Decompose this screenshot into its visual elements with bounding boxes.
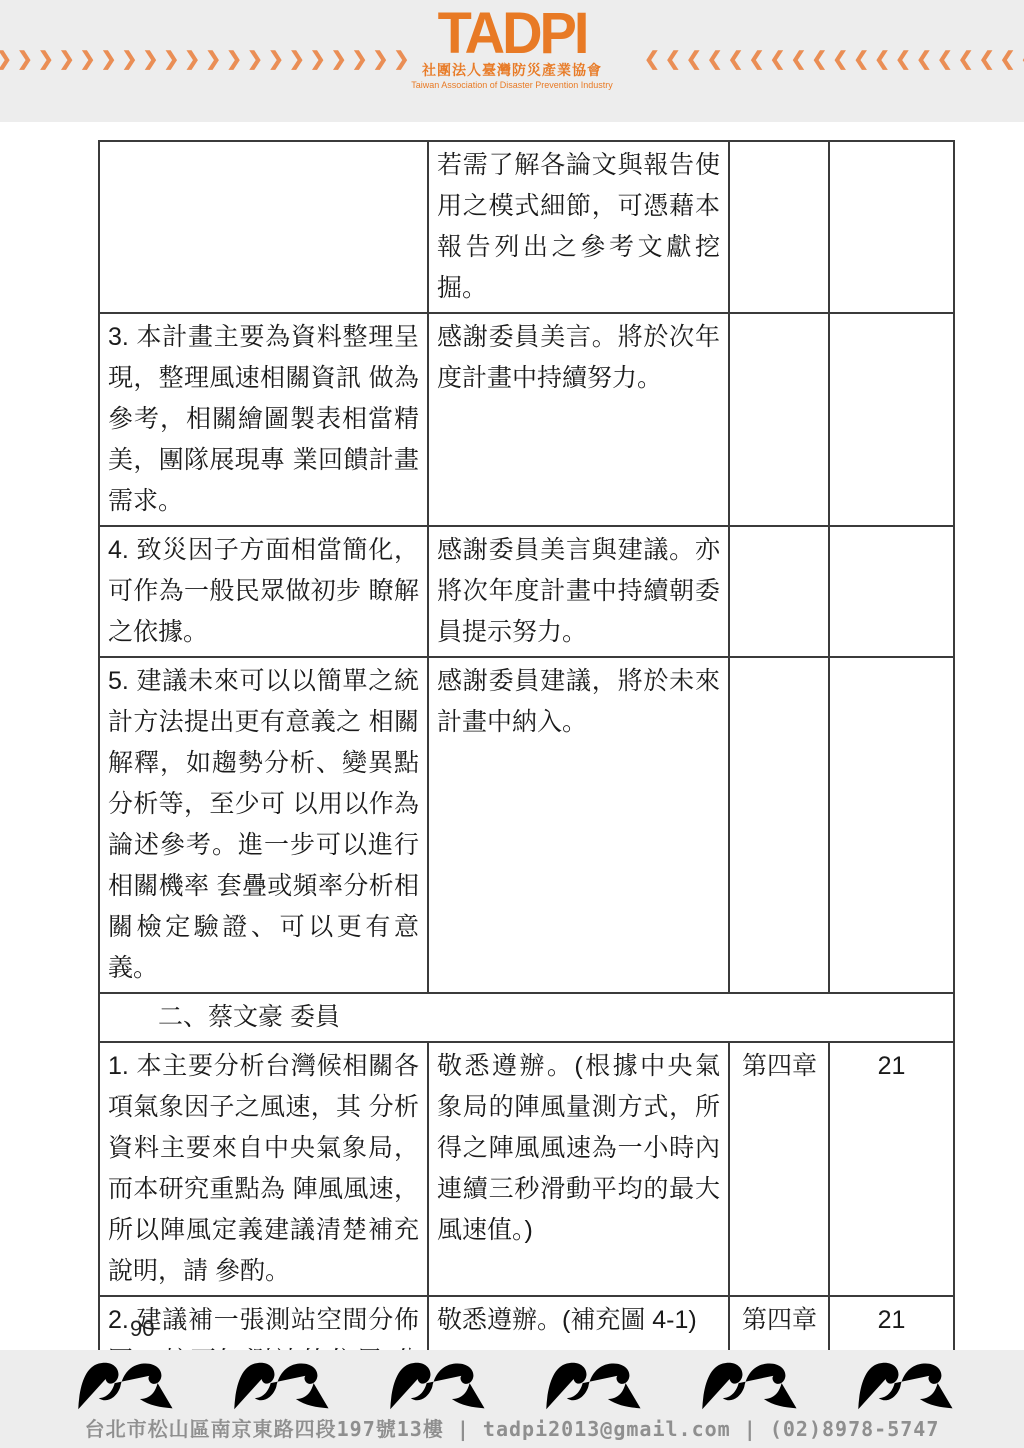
response-cell: 感謝委員美言。將於次年度計畫中持續努力。: [428, 313, 729, 526]
table-row: 4. 致災因子方面相當簡化，可作為一般民眾做初步 瞭解之依據。感謝委員美言與建議…: [99, 526, 954, 657]
comment-cell: 3. 本計畫主要為資料整理呈現，整理風速相關資訊 做為參考，相關繪圖製表相當精美…: [99, 313, 428, 526]
wave-row: [68, 1355, 960, 1413]
wave-icon: [380, 1357, 492, 1413]
logo-name-en: Taiwan Association of Disaster Preventio…: [0, 79, 1024, 91]
table-row: 5. 建議未來可以以簡單之統計方法提出更有意義之 相關解釋，如趨勢分析、變異點分…: [99, 657, 954, 993]
page-cell: 21: [829, 1042, 954, 1296]
section-title: 二、蔡文豪 委員: [99, 993, 954, 1042]
wave-icon: [692, 1357, 804, 1413]
chapter-cell: [729, 313, 829, 526]
chapter-cell: [729, 526, 829, 657]
table-row: 1. 本主要分析台灣候相關各項氣象因子之風速，其 分析資料主要來自中央氣象局，而…: [99, 1042, 954, 1296]
logo-wordmark: TADPI: [438, 3, 587, 64]
page-cell: [829, 657, 954, 993]
wave-icon: [848, 1357, 960, 1413]
wave-icon: [224, 1357, 336, 1413]
response-cell: 敬悉遵辦。(根據中央氣象局的陣風量測方式，所得之陣風風速為一小時內連續三秒滑動平…: [428, 1042, 729, 1296]
footer-band: 台北市松山區南京東路四段197號13樓 | tadpi2013@gmail.co…: [0, 1350, 1024, 1448]
wave-icon: [68, 1357, 180, 1413]
chapter-cell: [729, 657, 829, 993]
response-cell: 感謝委員建議，將於未來計畫中納入。: [428, 657, 729, 993]
comment-cell: 1. 本主要分析台灣候相關各項氣象因子之風速，其 分析資料主要來自中央氣象局，而…: [99, 1042, 428, 1296]
footer-contact: 台北市松山區南京東路四段197號13樓 | tadpi2013@gmail.co…: [0, 1413, 1024, 1442]
response-cell: 若需了解各論文與報告使用之模式細節，可憑藉本報告列出之參考文獻挖掘。: [428, 141, 729, 313]
chapter-cell: [729, 141, 829, 313]
review-comments-table: 若需了解各論文與報告使用之模式細節，可憑藉本報告列出之參考文獻挖掘。3. 本計畫…: [98, 140, 955, 1426]
table-row: 3. 本計畫主要為資料整理呈現，整理風速相關資訊 做為參考，相關繪圖製表相當精美…: [99, 313, 954, 526]
page-cell: [829, 526, 954, 657]
comment-cell: [99, 141, 428, 313]
table-row: 若需了解各論文與報告使用之模式細節，可憑藉本報告列出之參考文獻挖掘。: [99, 141, 954, 313]
section-row: 二、蔡文豪 委員: [99, 993, 954, 1042]
chapter-cell: 第四章: [729, 1042, 829, 1296]
page-number: 90: [130, 1316, 154, 1342]
page-cell: [829, 313, 954, 526]
wave-icon: [536, 1357, 648, 1413]
response-cell: 感謝委員美言與建議。亦將次年度計畫中持續朝委員提示努力。: [428, 526, 729, 657]
comment-cell: 4. 致災因子方面相當簡化，可作為一般民眾做初步 瞭解之依據。: [99, 526, 428, 657]
page-cell: [829, 141, 954, 313]
tadpi-logo: TADPI 社團法人臺灣防災產業協會 Taiwan Association of…: [0, 4, 1024, 91]
comment-cell: 5. 建議未來可以以簡單之統計方法提出更有意義之 相關解釋，如趨勢分析、變異點分…: [99, 657, 428, 993]
header-band: ❯❯❯❯❯❯❯❯❯❯❯❯❯❯❯❯❯❯❯❯❯❯❯❯❯❯❯❯❯❯ ❮❮❮❮❮❮❮❮❮…: [0, 0, 1024, 122]
